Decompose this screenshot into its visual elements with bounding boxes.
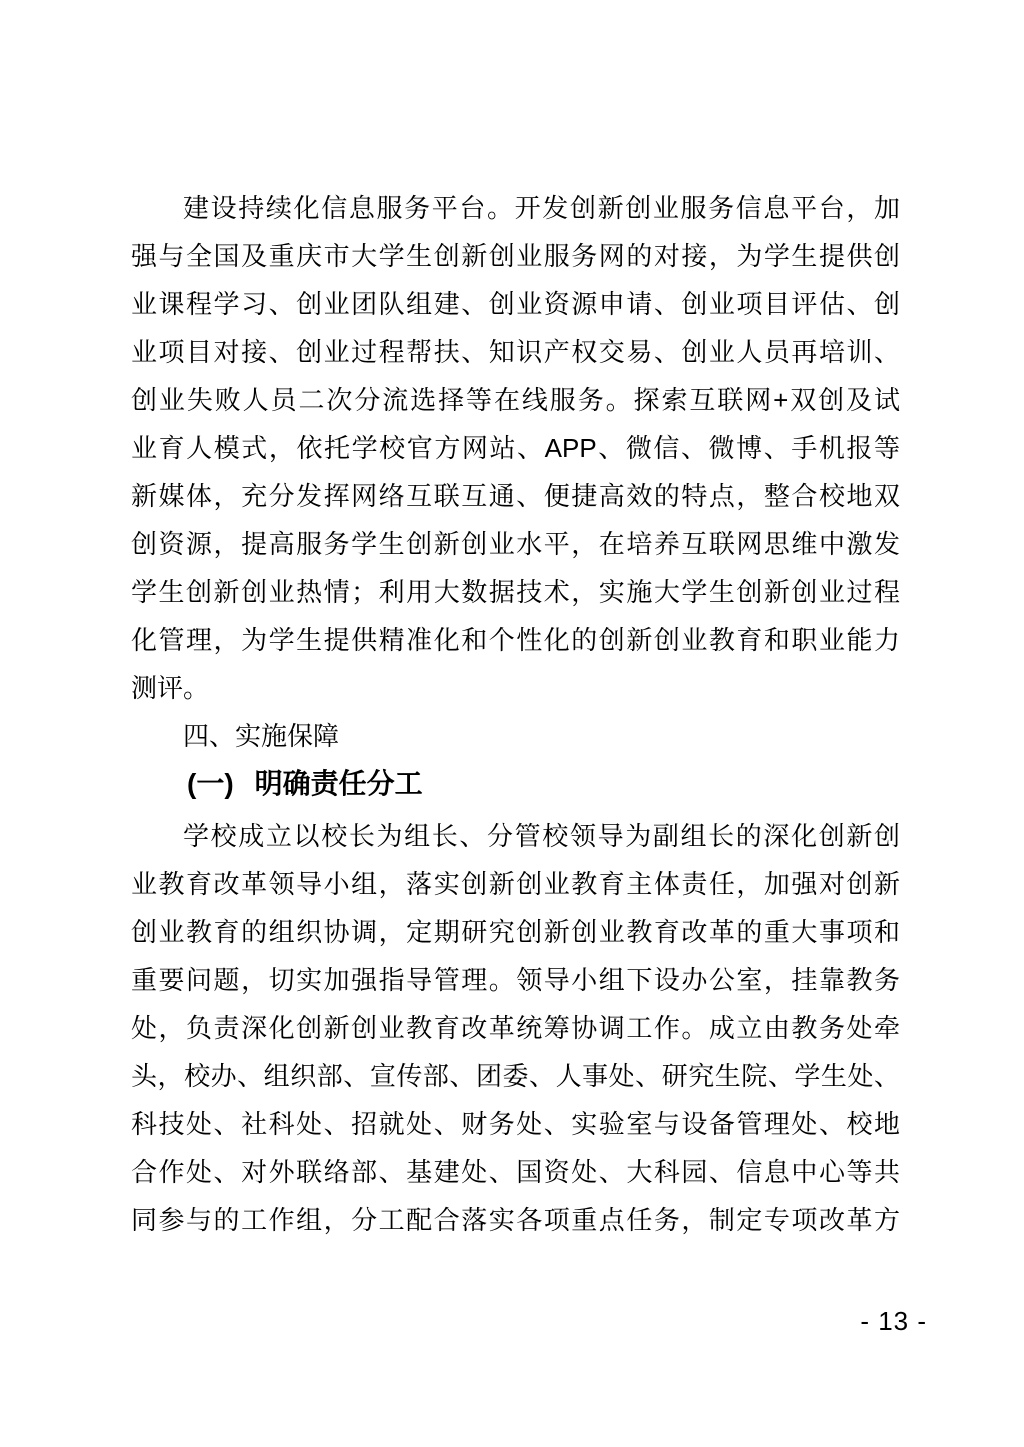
paragraph-line: 科技处、社科处、招就处、财务处、实验室与设备管理处、校地 — [131, 1100, 900, 1148]
subsection-label: (一) — [187, 768, 234, 799]
paragraph-line: 学校成立以校长为组长、分管校领导为副组长的深化创新创 — [131, 812, 900, 860]
paragraph-line: 创业教育的组织协调，定期研究创新创业教育改革的重大事项和 — [131, 908, 900, 956]
paragraph-line: 创业失败人员二次分流选择等在线服务。探索互联网+双创及试 — [131, 376, 900, 424]
paragraph-line: 重要问题，切实加强指导管理。领导小组下设办公室，挂靠教务 — [131, 956, 900, 1004]
paragraph-line: 业育人模式，依托学校官方网站、APP、微信、微博、手机报等 — [131, 424, 900, 472]
paragraph-line: 创资源，提高服务学生创新创业水平，在培养互联网思维中激发 — [131, 520, 900, 568]
paragraph-line: 测评。 — [131, 664, 900, 712]
paragraph-line: 建设持续化信息服务平台。开发创新创业服务信息平台，加 — [131, 184, 900, 232]
paragraph-line: 同参与的工作组，分工配合落实各项重点任务，制定专项改革方 — [131, 1196, 900, 1244]
paragraph-line: 头，校办、组织部、宣传部、团委、人事处、研究生院、学生处、 — [131, 1052, 900, 1100]
paragraph-line: 合作处、对外联络部、基建处、国资处、大科园、信息中心等共 — [131, 1148, 900, 1196]
paragraph-line: 业课程学习、创业团队组建、创业资源申请、创业项目评估、创 — [131, 280, 900, 328]
paragraph-line: 学生创新创业热情；利用大数据技术，实施大学生创新创业过程 — [131, 568, 900, 616]
paragraph-line: 化管理，为学生提供精准化和个性化的创新创业教育和职业能力 — [131, 616, 900, 664]
section-heading: 四、实施保障 — [131, 712, 900, 760]
document-page: 建设持续化信息服务平台。开发创新创业服务信息平台，加 强与全国及重庆市大学生创新… — [0, 0, 1024, 1447]
body-text: 建设持续化信息服务平台。开发创新创业服务信息平台，加 强与全国及重庆市大学生创新… — [131, 184, 900, 1244]
paragraph-line: 处，负责深化创新创业教育改革统筹协调工作。成立由教务处牵 — [131, 1004, 900, 1052]
subsection-heading: (一)明确责任分工 — [131, 760, 900, 808]
paragraph-line: 新媒体，充分发挥网络互联互通、便捷高效的特点，整合校地双 — [131, 472, 900, 520]
paragraph-line: 强与全国及重庆市大学生创新创业服务网的对接，为学生提供创 — [131, 232, 900, 280]
page-number: - 13 - — [860, 1306, 927, 1336]
paragraph-line: 业教育改革领导小组，落实创新创业教育主体责任，加强对创新 — [131, 860, 900, 908]
subsection-title: 明确责任分工 — [255, 768, 423, 799]
paragraph-line: 业项目对接、创业过程帮扶、知识产权交易、创业人员再培训、 — [131, 328, 900, 376]
